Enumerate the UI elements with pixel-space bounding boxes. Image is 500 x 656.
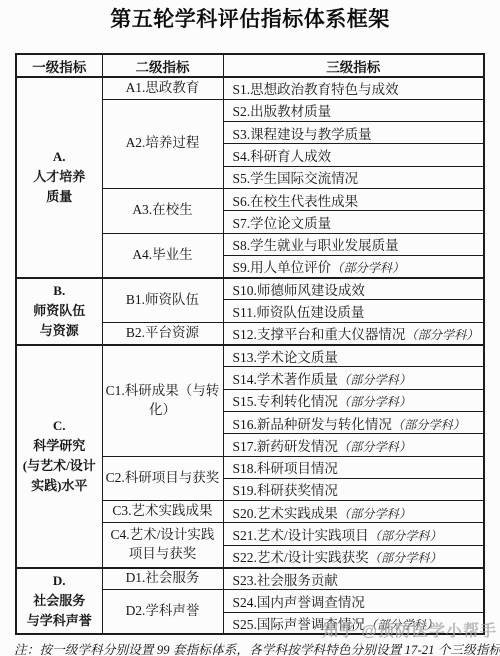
indicator-text: S13.学术论文质量: [233, 350, 338, 365]
partial-discipline-note: （部分学科）: [392, 418, 465, 432]
level3-indicator-cell: S12.支撑平台和重大仪器情况（部分学科）: [223, 322, 484, 344]
page-title: 第五轮学科评估指标体系框架: [0, 8, 500, 32]
evaluation-indicator-table: 一级指标 二级指标 三级指标 A. 人才培养 质量A1.思政教育S1.思想政治教…: [15, 53, 485, 635]
level2-indicator-cell: C2.科研项目与获奖: [102, 456, 223, 501]
indicator-text: S19.科研获奖情况: [233, 483, 338, 498]
level3-indicator-cell: S13.学术论文质量: [223, 345, 484, 367]
table-row: C. 科学研究 (与艺术/设计 实践)水平C1.科研成果（与转 化）S13.学术…: [16, 345, 484, 367]
level2-indicator-cell: A1.思政教育: [102, 77, 223, 99]
partial-discipline-note: （部分学科）: [338, 373, 411, 387]
level3-indicator-cell: S10.师德师风建设成效: [223, 278, 484, 300]
indicator-text: S11.师资队伍建设质量: [233, 305, 365, 320]
indicator-text: S1.思想政治教育特色与成效: [233, 82, 399, 97]
level3-indicator-cell: S7.学位论文质量: [223, 211, 484, 233]
partial-discipline-note: （部分学科）: [369, 551, 442, 565]
indicator-text: S3.课程建设与教学质量: [233, 127, 372, 142]
indicator-text: S12.支撑平台和重大仪器情况: [233, 327, 406, 342]
level3-indicator-cell: S9.用人单位评价（部分学科）: [223, 255, 484, 277]
indicator-text: S5.学生国际交流情况: [233, 171, 359, 186]
indicator-text: S21.艺术/设计实践项目: [233, 528, 369, 543]
footnote: 注：按一级学科分别设置 99 套指标体系，各学科按学科特色分别设置 17-21 …: [14, 639, 490, 656]
indicator-text: S9.用人单位评价: [233, 260, 332, 275]
indicator-text: S6.在校生代表性成果: [233, 194, 359, 209]
level3-indicator-cell: S24.国内声誉调查情况: [223, 590, 484, 612]
indicator-text: S17.新药研发情况: [233, 439, 338, 454]
partial-discipline-note: （部分学科）: [405, 328, 478, 342]
table-row: A. 人才培养 质量A1.思政教育S1.思想政治教育特色与成效: [16, 77, 484, 99]
level2-indicator-cell: D1.社会服务: [102, 568, 223, 590]
level2-indicator-cell: C3.艺术实践成果: [102, 501, 223, 523]
partial-discipline-note: （部分学科）: [331, 261, 404, 275]
indicator-text: S16.新品种研发与转化情况: [233, 417, 392, 432]
partial-discipline-note: （部分学科）: [338, 507, 411, 521]
level2-indicator-cell: A4.毕业生: [102, 233, 223, 278]
indicator-text: S2.出版教材质量: [233, 104, 332, 119]
indicator-text: S18.科研项目情况: [233, 461, 338, 476]
header-row: 一级指标 二级指标 三级指标: [16, 54, 484, 77]
level3-indicator-cell: S16.新品种研发与转化情况（部分学科）: [223, 411, 484, 433]
level3-indicator-cell: S21.艺术/设计实践项目（部分学科）: [223, 523, 484, 545]
level3-indicator-cell: S8.学生就业与职业发展质量: [223, 233, 484, 255]
level3-indicator-cell: S3.课程建设与教学质量: [223, 122, 484, 144]
partial-discipline-note: （部分学科）: [369, 529, 442, 543]
level3-indicator-cell: S14.学术著作质量（部分学科）: [223, 367, 484, 389]
level1-indicator-cell: C. 科学研究 (与艺术/设计 实践)水平: [16, 345, 102, 568]
level3-indicator-cell: S5.学生国际交流情况: [223, 166, 484, 188]
table-row: B. 师资队伍 与资源B1.师资队伍S10.师德师风建设成效: [16, 278, 484, 300]
indicator-text: S15.专利转化情况: [233, 394, 338, 409]
level2-indicator-cell: D2.学科声誉: [102, 590, 223, 635]
level3-indicator-cell: S18.科研项目情况: [223, 456, 484, 478]
indicator-text: S14.学术著作质量: [233, 372, 338, 387]
level2-indicator-cell: C1.科研成果（与转 化）: [102, 345, 223, 456]
indicator-text: S24.国内声誉调查情况: [233, 595, 365, 610]
table-row: D. 社会服务 与学科声誉D1.社会服务S23.社会服务贡献: [16, 568, 484, 590]
level3-indicator-cell: S17.新药研发情况（部分学科）: [223, 434, 484, 456]
level2-indicator-cell: A2.培养过程: [102, 99, 223, 188]
level3-indicator-cell: S1.思想政治教育特色与成效: [223, 77, 484, 99]
level3-indicator-cell: S19.科研获奖情况: [223, 478, 484, 500]
level2-indicator-cell: C4.艺术/设计实践 项目与获奖: [102, 523, 223, 568]
level3-indicator-cell: S4.科研育人成效: [223, 144, 484, 166]
col-header-level2: 二级指标: [102, 54, 223, 77]
indicator-text: S7.学位论文质量: [233, 216, 332, 231]
level1-indicator-cell: B. 师资队伍 与资源: [16, 278, 102, 345]
level2-indicator-cell: B1.师资队伍: [102, 278, 223, 323]
level1-indicator-cell: D. 社会服务 与学科声誉: [16, 568, 102, 635]
indicator-text: S8.学生就业与职业发展质量: [233, 238, 399, 253]
level3-indicator-cell: S22.艺术/设计实践获奖（部分学科）: [223, 545, 484, 567]
level3-indicator-cell: S20.艺术实践成果（部分学科）: [223, 501, 484, 523]
level1-indicator-cell: A. 人才培养 质量: [16, 77, 102, 278]
level3-indicator-cell: S6.在校生代表性成果: [223, 188, 484, 210]
level3-indicator-cell: S11.师资队伍建设质量: [223, 300, 484, 322]
partial-discipline-note: （部分学科）: [338, 395, 411, 409]
indicator-text: S20.艺术实践成果: [233, 506, 338, 521]
partial-discipline-note: （部分学科）: [338, 440, 411, 454]
col-header-level1: 一级指标: [16, 54, 102, 77]
level2-indicator-cell: B2.平台资源: [102, 322, 223, 344]
level3-indicator-cell: S15.专利转化情况（部分学科）: [223, 389, 484, 411]
level2-indicator-cell: A3.在校生: [102, 188, 223, 233]
level3-indicator-cell: S2.出版教材质量: [223, 99, 484, 121]
indicator-text: S23.社会服务贡献: [233, 573, 338, 588]
indicator-text: S4.科研育人成效: [233, 149, 332, 164]
indicator-text: S22.艺术/设计实践获奖: [233, 550, 369, 565]
indicator-text: S10.师德师风建设成效: [233, 283, 365, 298]
watermark: 知乎 @预防医学小帮手: [322, 618, 497, 641]
col-header-level3: 三级指标: [223, 54, 484, 77]
level3-indicator-cell: S23.社会服务贡献: [223, 568, 484, 590]
